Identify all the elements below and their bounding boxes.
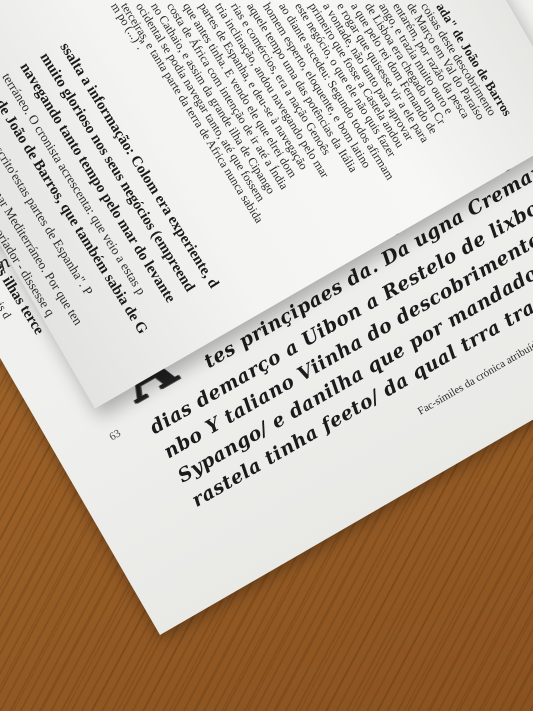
page-number: 63 [107, 427, 123, 443]
printed-text-block: ssalta a informação: Colom era experient… [0, 0, 533, 330]
